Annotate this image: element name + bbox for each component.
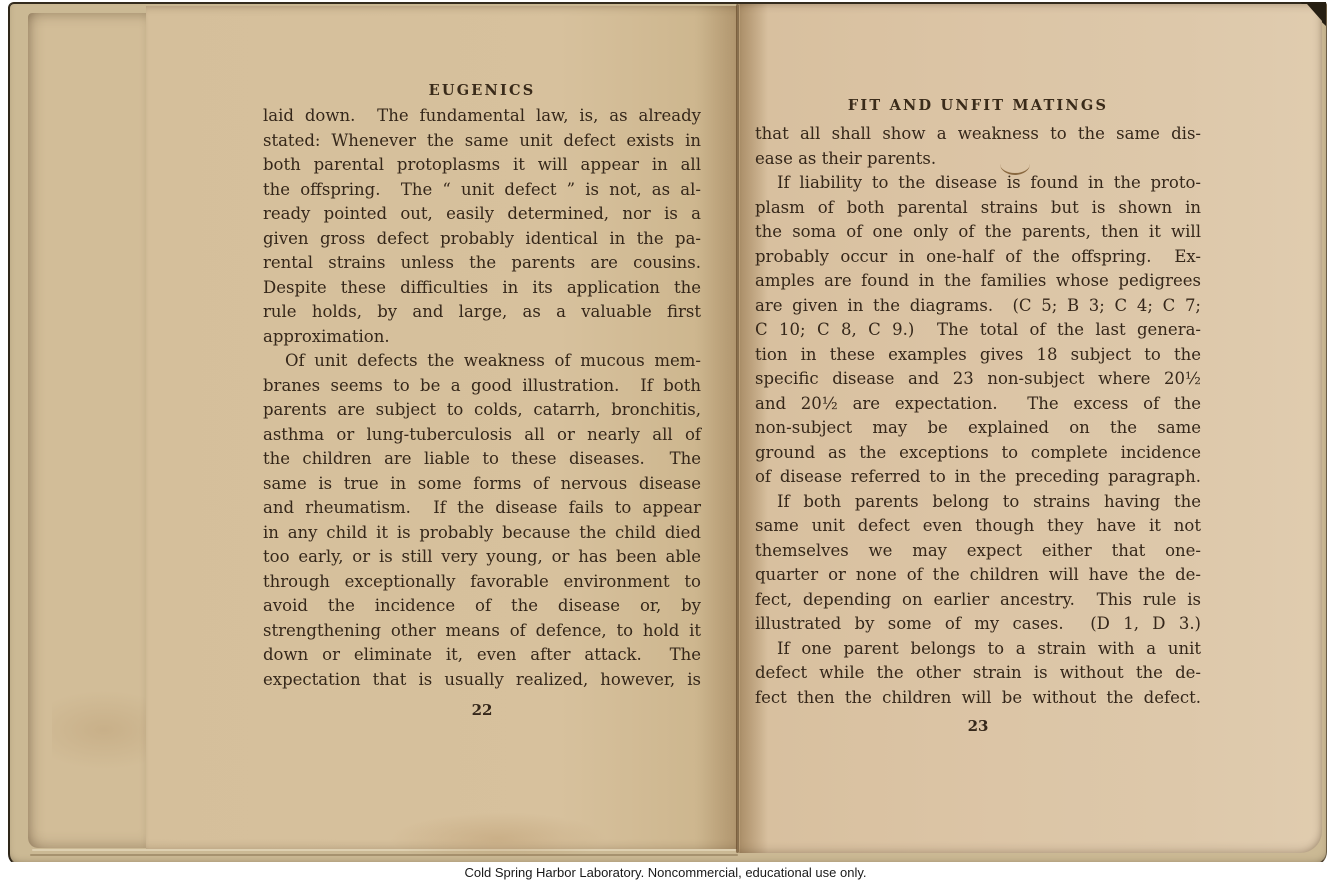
text-line: defect while the other strain is without… xyxy=(755,661,1201,686)
text-line: non-subject may be explained on the same xyxy=(755,416,1201,441)
text-line: specific disease and 23 non-subject wher… xyxy=(755,367,1201,392)
right-page-body-text: that all shall show a weakness to the sa… xyxy=(755,122,1201,710)
text-line: ease as their parents. xyxy=(755,147,1201,172)
page-stack-edge xyxy=(30,854,738,856)
text-line: laid down. The fundamental law, is, as a… xyxy=(263,104,701,129)
text-line: and 20½ are expectation. The excess of t… xyxy=(755,392,1201,417)
text-line: illustrated by some of my cases. (D 1, D… xyxy=(755,612,1201,637)
text-line: same is true in some forms of nervous di… xyxy=(263,472,701,497)
text-line: that all shall show a weakness to the sa… xyxy=(755,122,1201,147)
text-line: asthma or lung-tuberculosis all or nearl… xyxy=(263,423,701,448)
text-line: given gross defect probably identical in… xyxy=(263,227,701,252)
text-line: and rheumatism. If the disease fails to … xyxy=(263,496,701,521)
text-line: Despite these difficulties in its applic… xyxy=(263,276,701,301)
text-line: down or eliminate it, even after attack.… xyxy=(263,643,701,668)
text-line: If both parents belong to strains having… xyxy=(755,490,1201,515)
text-line: rule holds, by and large, as a valuable … xyxy=(263,300,701,325)
text-line: the soma of one only of the parents, the… xyxy=(755,220,1201,245)
text-line: If liability to the disease is found in … xyxy=(755,171,1201,196)
text-line: fect then the children will be without t… xyxy=(755,686,1201,711)
text-line: branes seems to be a good illustration. … xyxy=(263,374,701,399)
spine-gutter-line xyxy=(736,4,739,853)
text-line: of disease referred to in the preceding … xyxy=(755,465,1201,490)
text-line: parents are subject to colds, catarrh, b… xyxy=(263,398,701,423)
book-scan-photo: EUGENICS laid down. The fundamental law,… xyxy=(0,0,1331,885)
text-line: probably occur in one-half of the offspr… xyxy=(755,245,1201,270)
text-line: Of unit defects the weakness of mucous m… xyxy=(263,349,701,374)
text-line: themselves we may expect either that one… xyxy=(755,539,1201,564)
text-line: amples are found in the families whose p… xyxy=(755,269,1201,294)
text-line: fect, depending on earlier ancestry. Thi… xyxy=(755,588,1201,613)
paper-stain xyxy=(388,812,608,856)
text-line: approximation. xyxy=(263,325,701,350)
right-page-number: 23 xyxy=(755,717,1201,735)
page-stack-edge xyxy=(32,849,736,851)
text-line: expectation that is usually realized, ho… xyxy=(263,668,701,693)
text-line: strengthening other means of defence, to… xyxy=(263,619,701,644)
left-page-body-text: laid down. The fundamental law, is, as a… xyxy=(263,104,701,692)
text-line: both parental protoplasms it will appear… xyxy=(263,153,701,178)
text-line: rental strains unless the parents are co… xyxy=(263,251,701,276)
text-line: ready pointed out, easily determined, no… xyxy=(263,202,701,227)
text-line: in any child it is probably because the … xyxy=(263,521,701,546)
text-line: stated: Whenever the same unit defect ex… xyxy=(263,129,701,154)
right-page-running-head: FIT AND UNFIT MATINGS xyxy=(755,97,1201,114)
text-line: same unit defect even though they have i… xyxy=(755,514,1201,539)
text-line: are given in the diagrams. (C 5; B 3; C … xyxy=(755,294,1201,319)
left-page-number: 22 xyxy=(263,701,701,719)
text-line: the offspring. The “ unit defect ” is no… xyxy=(263,178,701,203)
library-caption: Cold Spring Harbor Laboratory. Noncommer… xyxy=(0,862,1331,885)
text-line: tion in these examples gives 18 subject … xyxy=(755,343,1201,368)
text-line: plasm of both parental strains but is sh… xyxy=(755,196,1201,221)
text-line: quarter or none of the children will hav… xyxy=(755,563,1201,588)
left-page-running-head: EUGENICS xyxy=(263,82,701,99)
text-line: avoid the incidence of the disease or, b… xyxy=(263,594,701,619)
text-line: ground as the exceptions to complete inc… xyxy=(755,441,1201,466)
text-line: through exceptionally favorable environm… xyxy=(263,570,701,595)
text-line: If one parent belongs to a strain with a… xyxy=(755,637,1201,662)
text-line: too early, or is still very young, or ha… xyxy=(263,545,701,570)
text-line: C 10; C 8, C 9.) The total of the last g… xyxy=(755,318,1201,343)
text-line: the children are liable to these disease… xyxy=(263,447,701,472)
